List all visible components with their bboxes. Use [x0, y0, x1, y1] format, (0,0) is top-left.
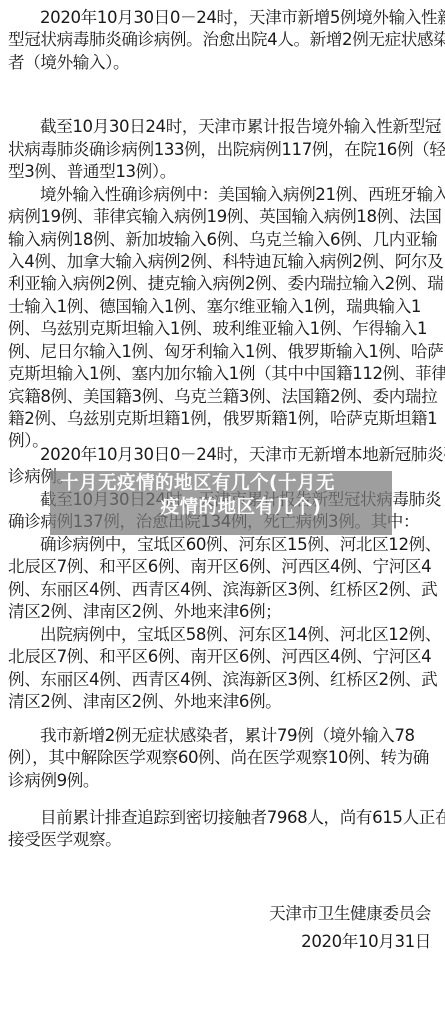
text-line: 者（境外输入）。: [8, 52, 440, 74]
text-line: 北辰区7例、和平区6例、南开区6例、河西区4例、宁河区4: [8, 646, 440, 668]
signature-org: 天津市卫生健康委员会: [269, 903, 431, 925]
title-overlay-banner: 十月无疫情的地区有几个(十月无 疫情的地区有几个): [50, 471, 392, 535]
text-line: 目前累计排查追踪到密切接触者7968人，尚有615人正在: [40, 807, 445, 829]
text-line: 例、东丽区4例、西青区4例、滨海新区3例、红桥区2例、武: [8, 669, 440, 691]
text-line: 境外输入性确诊病例中：美国输入病例21例、西班牙输入: [40, 184, 445, 206]
text-line: 例），其中解除医学观察60例、尚在医学观察10例、转为确: [8, 747, 440, 769]
text-line: 出院病例中，宝坻区58例、河东区14例、河北区12例、: [40, 624, 445, 646]
text-line: 状病毒肺炎确诊病例133例，出院病例117例，在院16例（轻: [8, 139, 440, 161]
text-line: 克斯坦输入1例、塞内加尔输入1例（其中中国籍112例、菲律: [8, 363, 440, 385]
text-line: 病例19例、菲律宾输入病例19例、英国输入病例18例、法国: [8, 206, 440, 228]
text-line: 清区2例、津南区2例、外地来津6例。: [8, 691, 440, 713]
text-line: 2020年10月30日0－24时，天津市无新增本地新冠肺炎确: [40, 444, 445, 466]
text-line: 接受医学观察。: [8, 829, 440, 851]
text-line: 诊病例9例。: [8, 770, 440, 792]
text-line: 例、乌兹别克斯坦输入1例、玻利维亚输入1例、乍得输入1: [8, 318, 440, 340]
text-line: 我市新增2例无症状感染者，累计79例（境外输入78: [40, 725, 445, 747]
text-line: 确诊病例中，宝坻区60例、河东区15例、河北区12例、: [40, 534, 445, 556]
banner-title-line-2: 疫情的地区有几个): [50, 497, 392, 519]
text-line: 北辰区7例、和平区6例、南开区6例、河西区4例、宁河区4: [8, 556, 440, 578]
text-line: 输入病例18例、新加坡输入6例、乌克兰输入6例、几内亚输: [8, 229, 440, 251]
text-line: 清区2例、津南区2例、外地来津6例；: [8, 601, 440, 623]
text-line: 宾籍8例、美国籍3例、乌克兰籍3例、法国籍2例、委内瑞拉: [8, 386, 440, 408]
text-line: 士输入1例、德国输入1例、塞尔维亚输入1例，瑞典输入1: [8, 296, 440, 318]
signature-date: 2020年10月31日: [301, 931, 431, 953]
text-line: 籍2例、乌兹别克斯坦籍1例，俄罗斯籍1例，哈萨克斯坦籍1: [8, 408, 440, 430]
text-line: 2020年10月30日0－24时，天津市新增5例境外输入性新: [40, 7, 445, 29]
banner-title-line-1: 十月无疫情的地区有几个(十月无: [60, 473, 402, 495]
text-line: 例、尼日尔输入1例、匈牙利输入1例、俄罗斯输入1例、哈萨: [8, 341, 440, 363]
text-line: 截至10月30日24时，天津市累计报告境外输入性新型冠: [40, 116, 445, 138]
text-line: 型冠状病毒肺炎确诊病例。治愈出院4人。新增2例无症状感染: [8, 29, 440, 51]
text-line: 型3例、普通型13例）。: [8, 161, 440, 183]
text-line: 入4例、加拿大输入病例2例、科特迪瓦输入病例2例、阿尔及: [8, 251, 440, 273]
text-line: 利亚输入病例2例、捷克输入病例2例、委内瑞拉输入2例、瑞: [8, 273, 440, 295]
text-line: 例、东丽区4例、西青区4例、滨海新区3例、红桥区2例、武: [8, 579, 440, 601]
